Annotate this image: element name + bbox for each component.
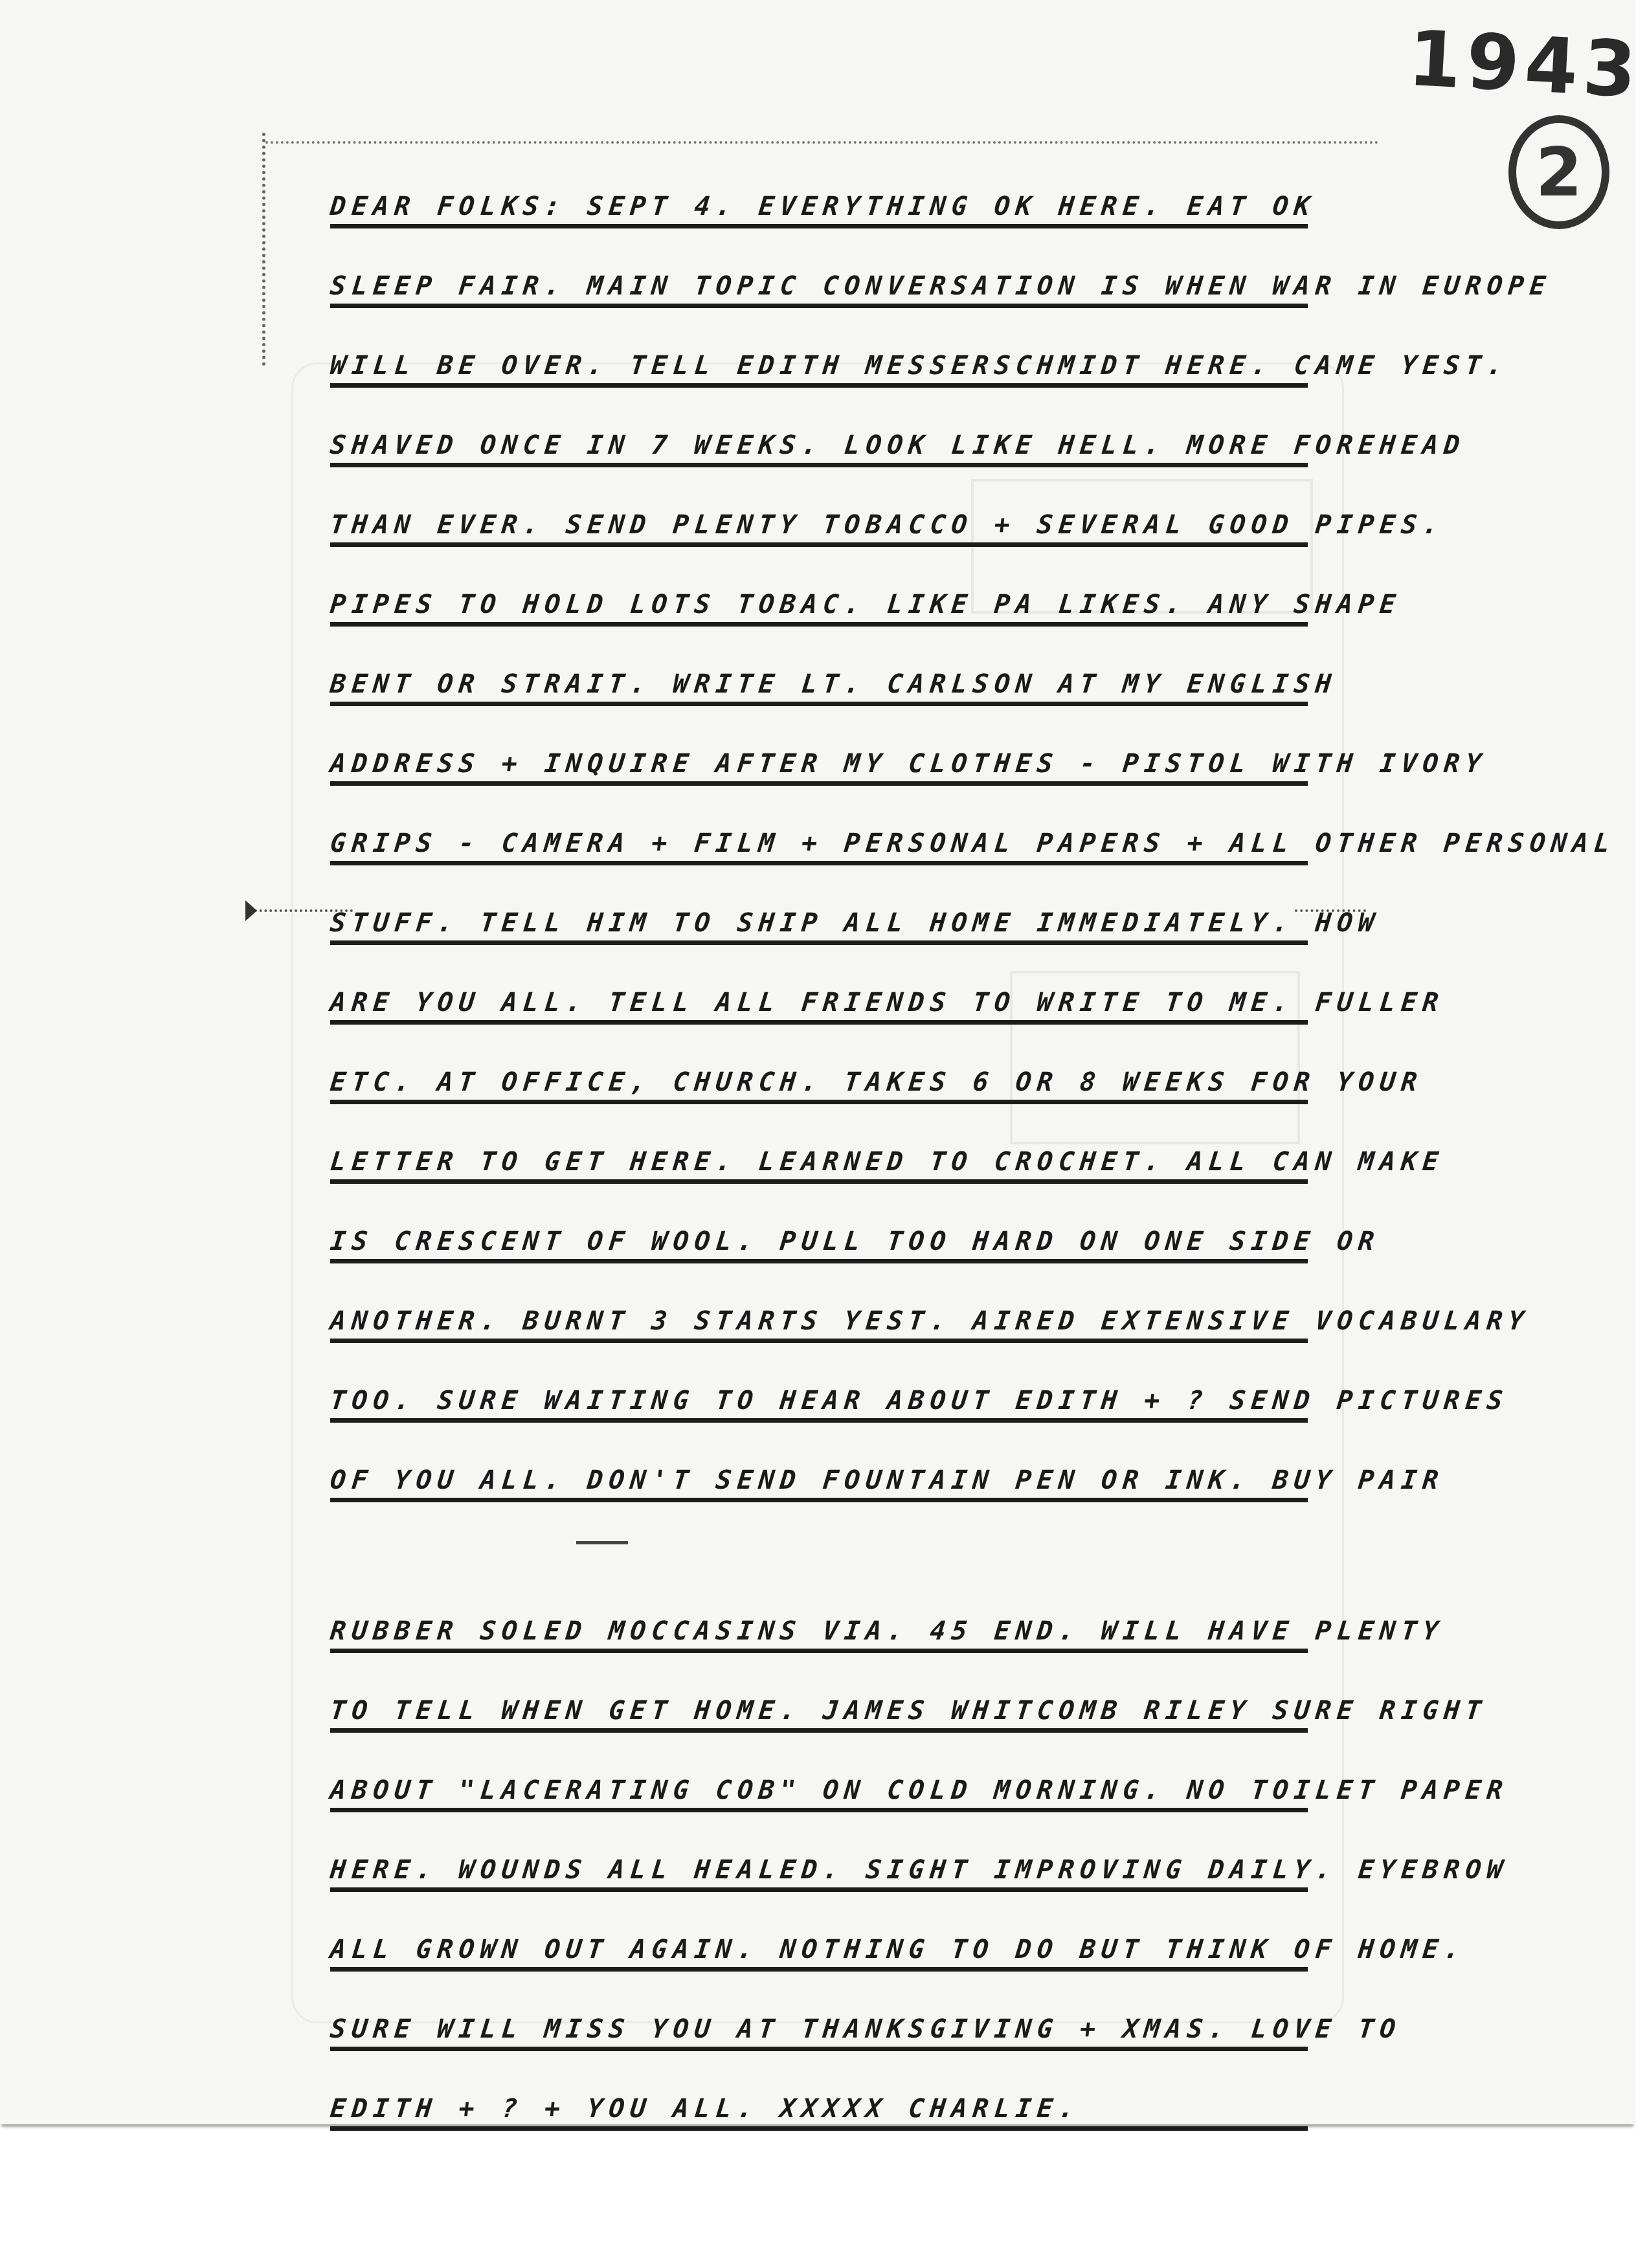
letter-line: STUFF. TELL HIM TO SHIP ALL HOME IMMEDIA…	[330, 865, 1308, 945]
letter-line: ANOTHER. BURNT 3 STARTS YEST. AIRED EXTE…	[330, 1263, 1308, 1343]
letter-line: SLEEP FAIR. MAIN TOPIC CONVERSATION IS W…	[330, 228, 1308, 308]
letter-line: LETTER TO GET HERE. LEARNED TO CROCHET. …	[330, 1104, 1308, 1184]
letter-line: PIPES TO HOLD LOTS TOBAC. LIKE PA LIKES.…	[330, 547, 1308, 627]
letter-line: ADDRESS + INQUIRE AFTER MY CLOTHES - PIS…	[330, 706, 1308, 786]
letter-line: SURE WILL MISS YOU AT THANKSGIVING + XMA…	[330, 1972, 1308, 2051]
letter-line: ALL GROWN OUT AGAIN. NOTHING TO DO BUT T…	[330, 1892, 1308, 1972]
letter-line: OF YOU ALL. DON'T SEND FOUNTAIN PEN OR I…	[330, 1423, 1308, 1502]
letter-line: WILL BE OVER. TELL EDITH MESSERSCHMIDT H…	[330, 308, 1308, 388]
page-number: 2	[1536, 133, 1582, 212]
letter-page: 1943 2 DEAR FOLKS: SEPT 4. EVERYTHING OK…	[0, 0, 1635, 2124]
letter-line: DEAR FOLKS: SEPT 4. EVERYTHING OK HERE. …	[330, 149, 1308, 228]
letter-line: GRIPS - CAMERA + FILM + PERSONAL PAPERS …	[330, 786, 1308, 865]
letter-line: ETC. AT OFFICE, CHURCH. TAKES 6 OR 8 WEE…	[330, 1025, 1308, 1104]
letter-line: IS CRESCENT OF WOOL. PULL TOO HARD ON ON…	[330, 1184, 1308, 1263]
letter-line: TO TELL WHEN GET HOME. JAMES WHITCOMB RI…	[330, 1653, 1308, 1733]
page-number-circle: 2	[1508, 115, 1609, 229]
year-annotation: 1943	[1406, 14, 1644, 115]
letter-line: TOO. SURE WAITING TO HEAR ABOUT EDITH + …	[330, 1343, 1308, 1423]
letter-body: DEAR FOLKS: SEPT 4. EVERYTHING OK HERE. …	[330, 149, 1308, 2131]
letter-line: THAN EVER. SEND PLENTY TOBACCO + SEVERAL…	[330, 467, 1308, 547]
letter-line-signature: EDITH + ? + YOU ALL. XXXXX CHARLIE.	[330, 2051, 1308, 2131]
letter-line: ABOUT "LACERATING COB" ON COLD MORNING. …	[330, 1733, 1308, 1812]
letter-line: RUBBER SOLED MOCCASINS VIA. 45 END. WILL…	[330, 1573, 1308, 1653]
letter-line: ARE YOU ALL. TELL ALL FRIENDS TO WRITE T…	[330, 945, 1308, 1025]
letter-line: BENT OR STRAIT. WRITE LT. CARLSON AT MY …	[330, 627, 1308, 706]
break-dash	[576, 1541, 628, 1544]
fold-mark-left	[262, 133, 265, 366]
fold-mark-top	[265, 141, 1379, 144]
section-break	[330, 1502, 1308, 1573]
letter-line: SHAVED ONCE IN 7 WEEKS. LOOK LIKE HELL. …	[330, 388, 1308, 467]
letter-line: HERE. WOUNDS ALL HEALED. SIGHT IMPROVING…	[330, 1812, 1308, 1892]
